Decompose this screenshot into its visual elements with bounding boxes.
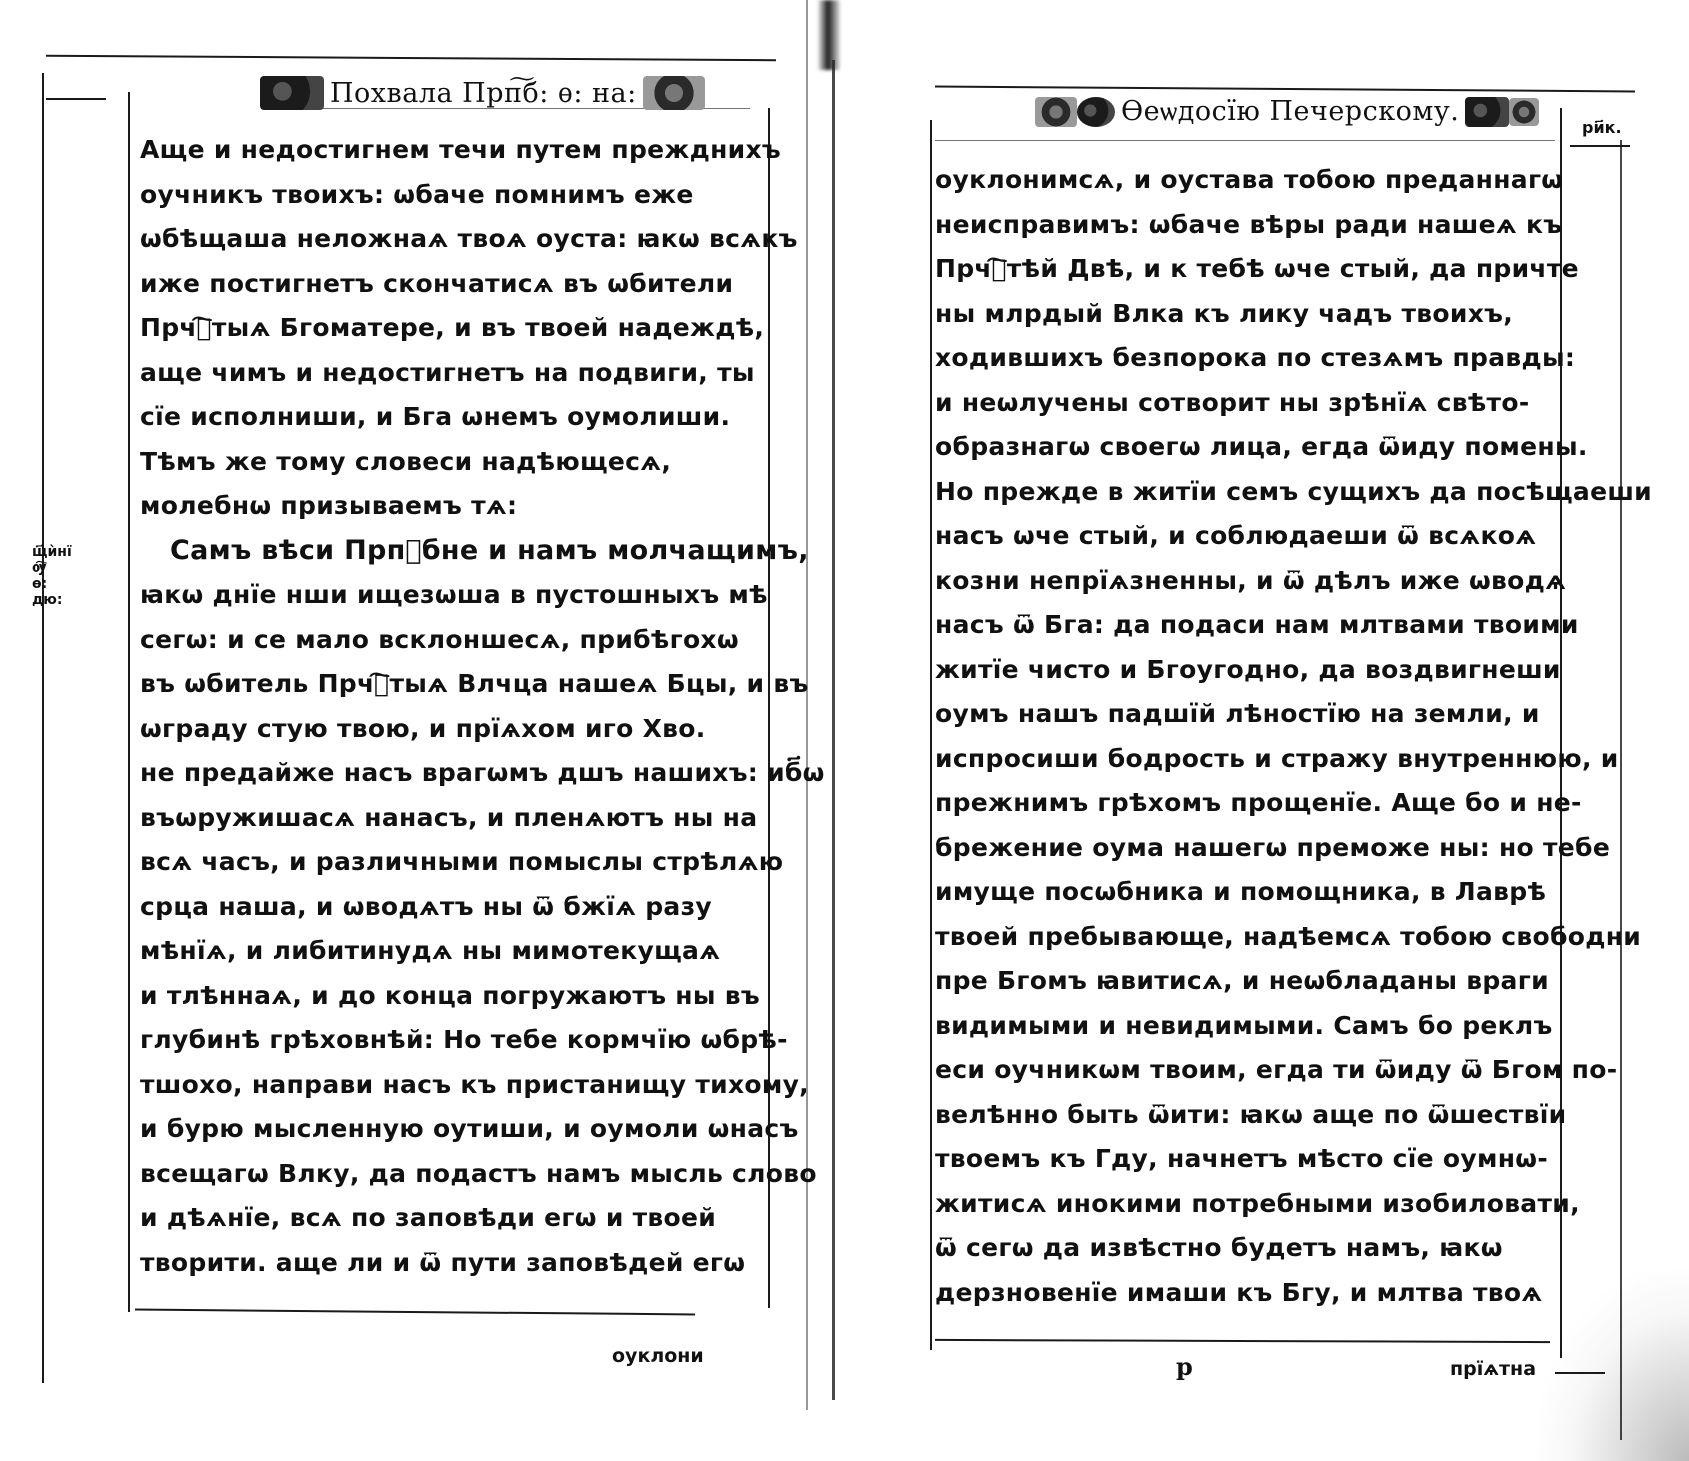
text-line: Но прежде в житїи семъ сущихъ да посѣщае… — [935, 470, 1652, 515]
text-line: оучникъ твоихъ: ѡбаче помнимъ еже — [140, 173, 825, 218]
right-header-ornament-icon — [643, 76, 705, 110]
text-line: аще чимъ и недостигнетъ на подвиги, ты — [140, 351, 825, 396]
text-line: иже постигнетъ скончатисѧ въ ѡбители — [140, 262, 825, 307]
text-line: оумъ нашъ падшїй лѣностїю на земли, и — [935, 692, 1652, 737]
right-running-header: Ѳеѡдосїю Печерскому. — [1035, 96, 1539, 127]
text-line: велѣнно быть ѿити: ꙗкѡ аще по ѿшествїи — [935, 1093, 1652, 1138]
text-line: мѣнїѧ, и либитинудѧ ны мимотекущаѧ — [140, 929, 825, 974]
text-line: дерзновенїе имаши къ Бгу, и млтва твоѧ — [935, 1271, 1652, 1316]
text-line: видимыми и невидимыми. Самъ бо реклъ — [935, 1004, 1652, 1049]
text-line: испросиши бодрость и стражу внутреннюю, … — [935, 737, 1652, 782]
right-page-text: оуклонимсѧ, и оустава тобою преданнагѡ н… — [935, 158, 1652, 1315]
text-line: въ ѡбитель Прчⷭ҇тыѧ Влчца нашеѧ Бцы, и в… — [140, 662, 825, 707]
left-outer-margin-rule — [42, 73, 44, 1383]
text-line: насъ ѿ Бга: да подаси нам млтвами твоими — [935, 603, 1652, 648]
text-line: молебнѡ призываемъ тѧ: — [140, 484, 825, 529]
quire-signature: р — [1176, 1352, 1193, 1381]
text-line-paragraph-start: Самъ вѣси Прпⷣбне и намъ молчащимъ, — [140, 529, 825, 574]
text-line: житїе чисто и Бгоугодно, да воздвигнеши — [935, 648, 1652, 693]
left-header-ornament-icon — [1035, 97, 1077, 127]
header-flourish-icon — [1509, 98, 1539, 126]
right-inner-column-rule — [930, 120, 932, 1350]
left-page-text: Аще и недостигнем течи путем прежднихъ о… — [140, 128, 825, 1285]
left-running-header: Похвала Прп͠б: ѳ: на: — [260, 76, 705, 110]
text-line: Тѣмъ же тому словеси надѣющесѧ, — [140, 440, 825, 485]
text-line: тшохо, направи насъ къ пристанищу тихому… — [140, 1063, 825, 1108]
header-medallion-icon — [1077, 97, 1115, 127]
text-line: житисѧ инокими потребными изобиловати, — [935, 1182, 1652, 1227]
right-bottom-rule — [935, 1339, 1550, 1343]
margin-note-line: ѳ: дю: — [32, 576, 72, 608]
margin-note: щ҃ѝнї ѹ҇ ѳ: дю: — [32, 544, 72, 608]
book-spine-shadow — [818, 0, 840, 70]
text-line: Аще и недостигнем течи путем прежднихъ — [140, 128, 825, 173]
text-line: твоемъ къ Гду, начнетъ мѣсто сїе оумнѡ- — [935, 1137, 1652, 1182]
text-line: Прчⷭ҇тыѧ Бгоматере, и въ твоей надеждѣ, — [140, 306, 825, 351]
text-line: насъ ѡче стый, и соблюдаеши ѿ всѧкоѧ — [935, 514, 1652, 559]
text-line: оуклонимсѧ, и оустава тобою преданнагѡ — [935, 158, 1652, 203]
text-line: и неѡлучены сотворит ны зрѣнїѧ свѣто- — [935, 381, 1652, 426]
text-line: образнагѡ своегѡ лица, егда ѿиду помены. — [935, 425, 1652, 470]
text-line: твоей пребывающе, надѣемсѧ тобою свободн… — [935, 915, 1652, 960]
text-line: пре Бгомъ ꙗвитисѧ, и неѡбладаны враги — [935, 959, 1652, 1004]
right-catchword: прїѧтна — [1450, 1358, 1536, 1380]
text-line: имуще посѡбника и помощника, в Лаврѣ — [935, 870, 1652, 915]
text-line: козни непрїѧзненны, и ѿ дѣлъ иже ѡводѧ — [935, 559, 1652, 604]
right-margin-tick — [1570, 145, 1630, 147]
text-line: Прчⷭ҇тѣй Двѣ, и к тебѣ ѡче стый, да прич… — [935, 247, 1652, 292]
text-line: ѿ сегѡ да извѣстно будетъ намъ, ꙗкѡ — [935, 1226, 1652, 1271]
text-line: сегѡ: и се мало всклоншесѧ, прибѣгохѡ — [140, 618, 825, 663]
text-line: ны млрдый Влка къ лику чадъ твоихъ, — [935, 292, 1652, 337]
left-catchword: оуклони — [612, 1345, 704, 1367]
text-line: всѧ часъ, и различными помыслы стрѣлѧю — [140, 840, 825, 885]
folio-number: ри҃к. — [1582, 118, 1622, 137]
right-top-rule — [935, 86, 1635, 93]
left-header-ornament-icon — [260, 76, 324, 110]
text-line: прежнимъ грѣхомъ прощенїе. Аще бо и не- — [935, 781, 1652, 826]
spine-fold-line — [832, 60, 835, 1400]
text-line: и тлѣннаѧ, и до конца погружаютъ ны въ — [140, 974, 825, 1019]
text-line: въѡружишасѧ нанасъ, и пленѧютъ ны на — [140, 796, 825, 841]
text-line: еси оучникѡм твоим, егда ти ѿиду ѿ Бгом … — [935, 1048, 1652, 1093]
text-line: и бурю мысленную оутиши, и оумоли ѡнасъ — [140, 1107, 825, 1152]
left-header-title: Похвала Прп͠б: ѳ: на: — [330, 78, 637, 109]
text-line: глубинѣ грѣховнѣй: Но тебе кормчїю ѡбрѣ- — [140, 1018, 825, 1063]
text-line: сїе исполниши, и Бга ѡнемъ оумолиши. — [140, 395, 825, 440]
margin-note-line: щ҃ѝнї ѹ҇ — [32, 544, 72, 576]
right-catchword-dash — [1555, 1372, 1605, 1374]
left-margin-tick — [46, 98, 106, 100]
text-line: брежение оума нашегѡ преможе ны: но тебе — [935, 826, 1652, 871]
right-header-title: Ѳеѡдосїю Печерскому. — [1121, 96, 1459, 127]
text-line: ходившихъ безпорока по стезѧмъ правды: — [935, 336, 1652, 381]
text-line: всещагѡ Влку, да подастъ намъ мысль слов… — [140, 1152, 825, 1197]
left-text-column-rule — [128, 92, 130, 1312]
right-header-underline — [935, 140, 1555, 141]
right-header-ornament-icon — [1465, 97, 1509, 127]
left-bottom-rule — [135, 1309, 695, 1316]
text-line: не предайже насъ врагѡмъ дшъ нашихъ: иб҃… — [140, 751, 825, 796]
text-line: ꙗкѡ днїе нши ищезѡша в пустошныхъ мѣ — [140, 573, 825, 618]
text-line: срца наша, и ѡводѧтъ ны ѿ бжїѧ разу — [140, 885, 825, 930]
text-line: ѡграду стую твою, и прїѧхом иго Хво. — [140, 707, 825, 752]
text-line: неисправимъ: ѡбаче вѣры ради нашеѧ къ — [935, 203, 1652, 248]
text-line: творити. аще ли и ѿ пути заповѣдей егѡ — [140, 1241, 825, 1286]
text-line: и дѣѧнїе, всѧ по заповѣди егѡ и твоей — [140, 1196, 825, 1241]
left-top-rule — [46, 55, 776, 61]
text-line: ѡбѣщаша неложнаѧ твоѧ оуста: ꙗкѡ всѧкъ — [140, 217, 825, 262]
